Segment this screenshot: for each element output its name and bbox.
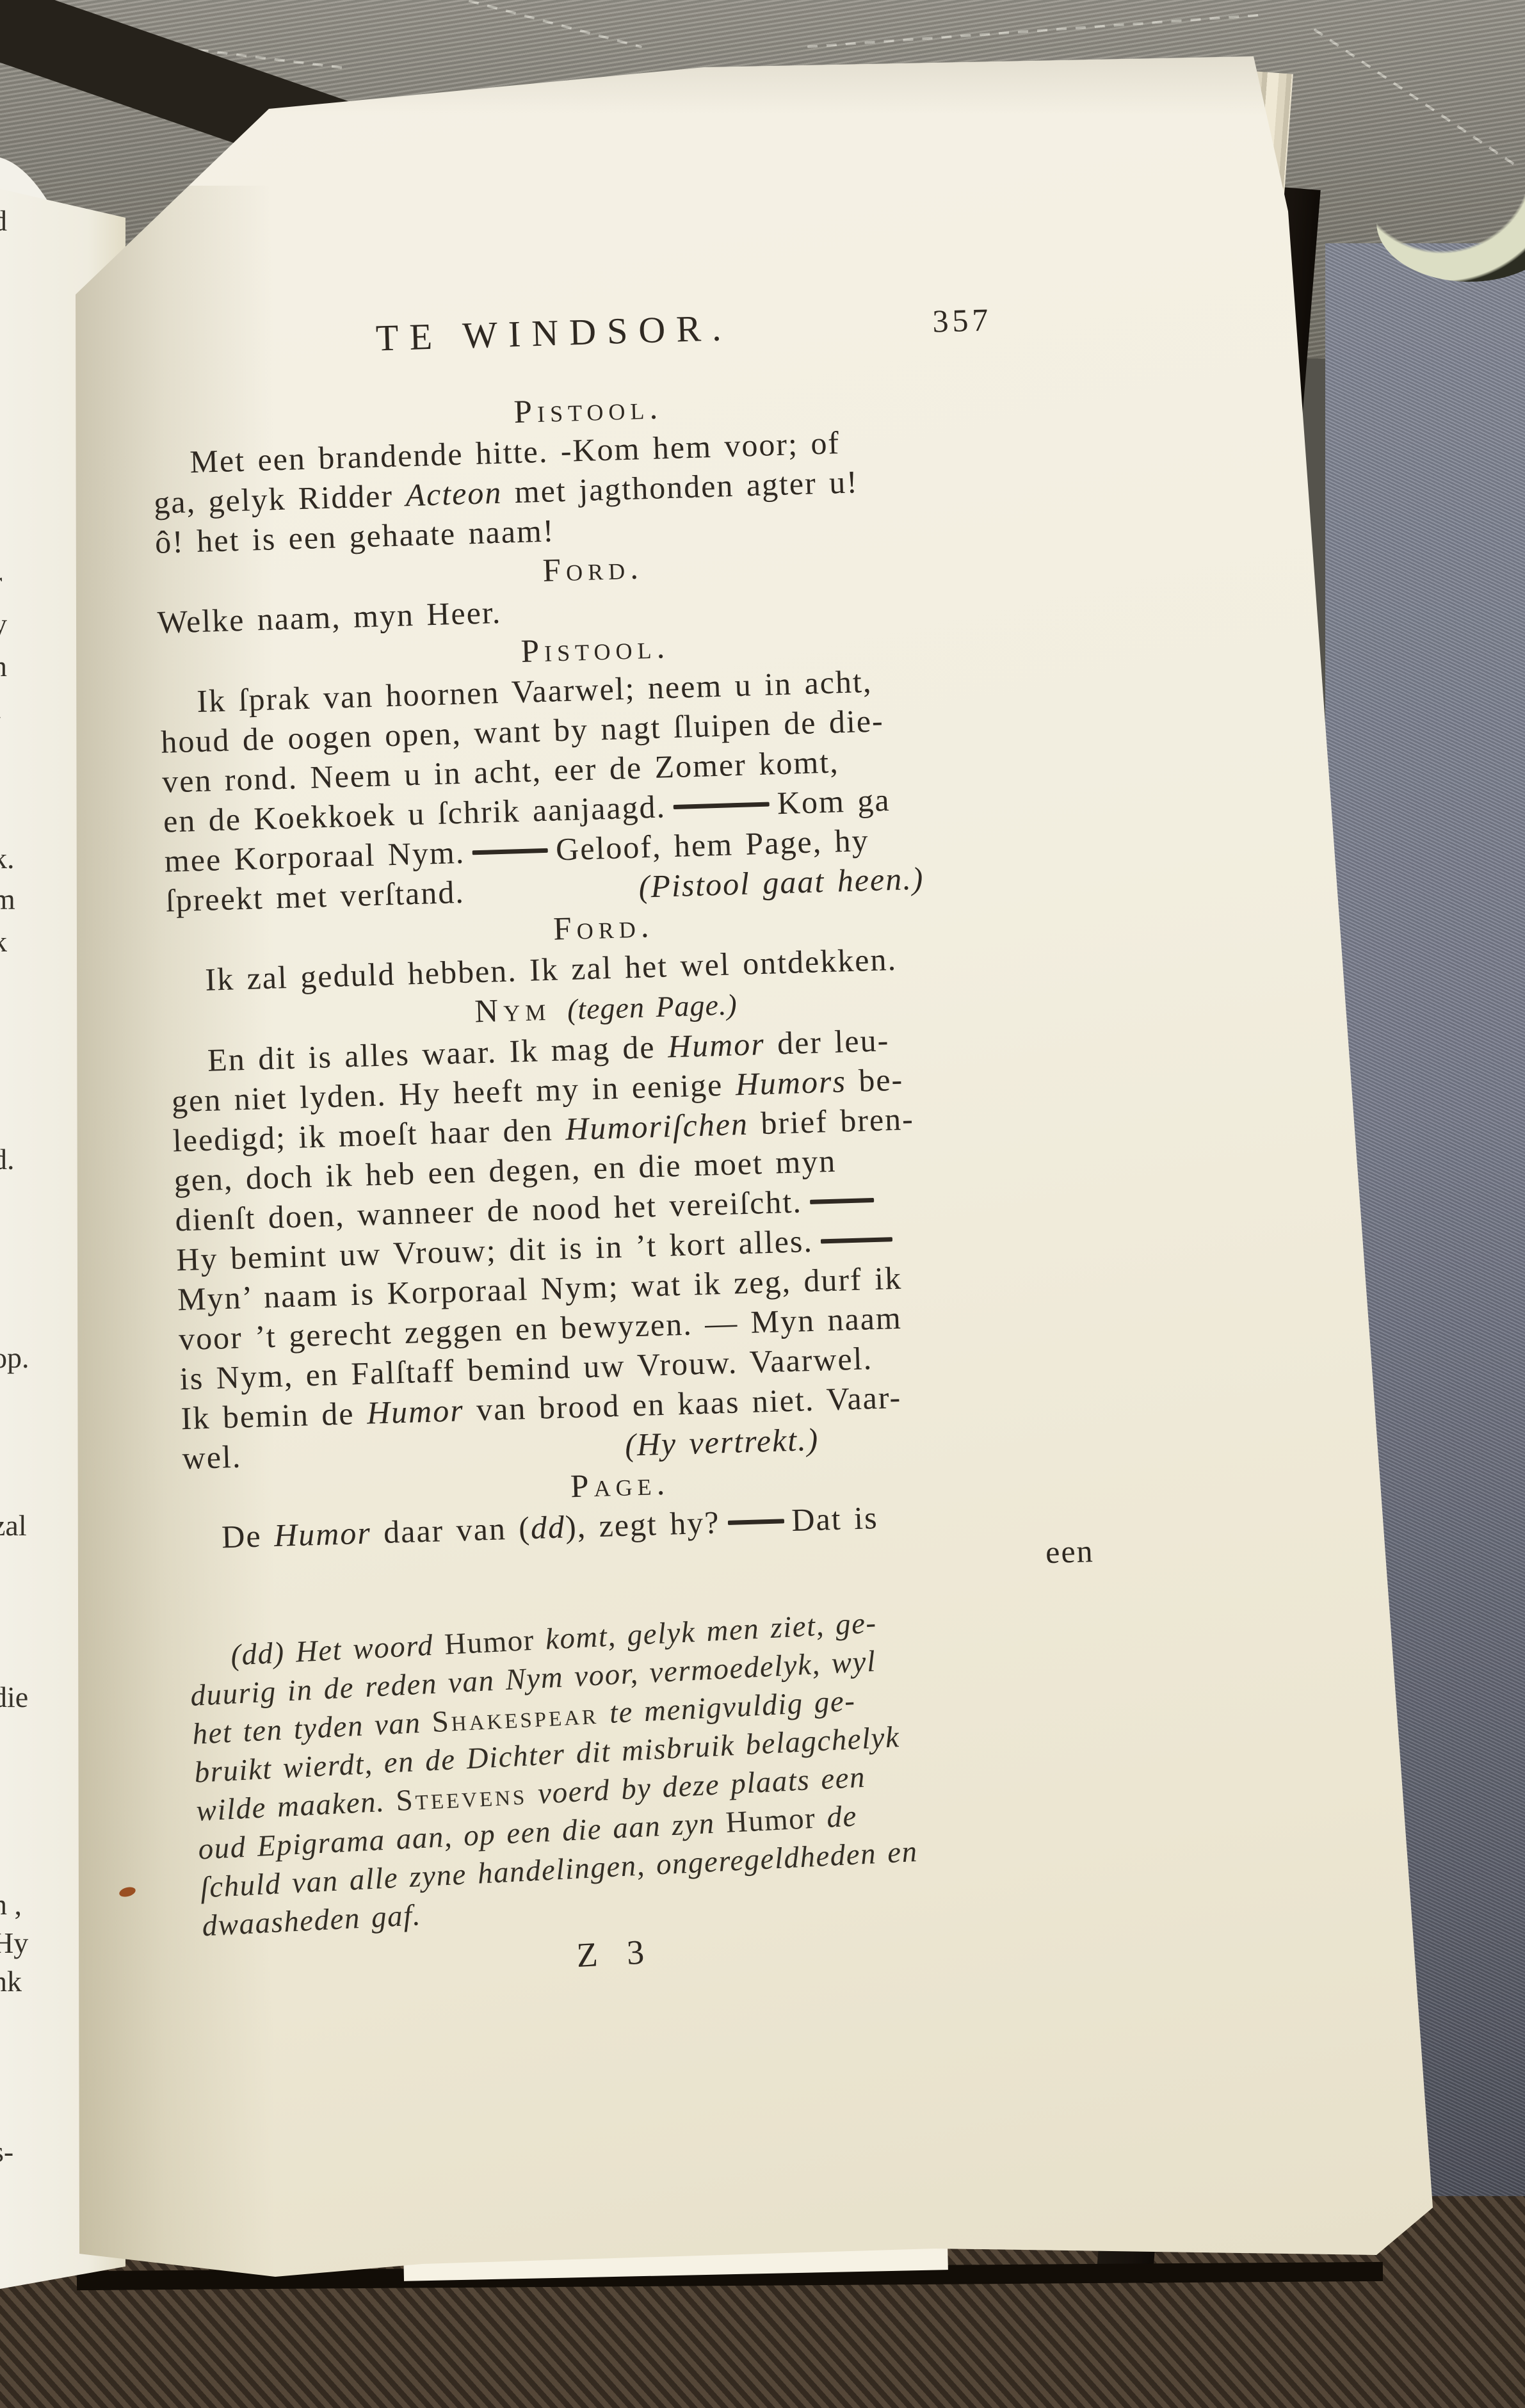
text-segment: Geloof, hem Page, hy	[555, 822, 869, 868]
facing-page-text-fragment: zal	[0, 1511, 27, 1540]
text-segment: Kom ga	[777, 782, 891, 821]
dialogue-text: Pistool.Met een brandende hitte. -Kom he…	[151, 375, 1105, 1597]
facing-page-text-fragment: m	[0, 885, 15, 914]
text-segment: Dat is	[791, 1499, 879, 1538]
facing-page-text-fragment: nk	[0, 1967, 22, 1996]
text-segment: een	[1045, 1533, 1094, 1570]
text-segment: Page.	[570, 1466, 670, 1505]
text-segment: Pistool.	[520, 629, 670, 670]
facing-page-text-fragment: d.	[0, 1145, 15, 1174]
text-segment: daar van (	[371, 1510, 531, 1550]
facing-page-text-fragment: k.	[0, 844, 15, 873]
text-segment: Humor	[273, 1515, 371, 1553]
facing-page-text-fragment: k	[0, 927, 7, 957]
facing-page-text-fragment: d	[0, 206, 7, 236]
text-segment: Ford.	[553, 909, 654, 948]
facing-page-text-fragment: op.	[0, 1343, 29, 1373]
text-segment: Humor	[444, 1624, 535, 1661]
text-segment: (Hy vertrekt.)	[624, 1419, 819, 1465]
text-segment: wel.	[182, 1436, 243, 1478]
facing-page-text-fragment: n ,	[0, 1890, 22, 1919]
fabric-stitch-line	[807, 13, 1268, 48]
text-segment: der leu-	[764, 1022, 890, 1062]
footnote-text: (dd) Het woord Humor komt, gelyk men zie…	[188, 1592, 1120, 1945]
text-segment: ), zegt hy?	[565, 1504, 720, 1544]
facing-page-text-fragment: s-	[0, 2137, 13, 2167]
text-segment: De	[221, 1517, 274, 1555]
text-segment: be-	[846, 1062, 904, 1099]
text-segment: Humoriſchen	[565, 1106, 748, 1147]
text-segment: Ford.	[542, 550, 644, 589]
page-text: TE WINDSOR. 357 Pistool.Met een brandend…	[149, 296, 1117, 1994]
text-segment: Humor	[366, 1392, 464, 1430]
text-segment: (tegen Page.)	[567, 988, 738, 1026]
text-segment: Welke naam, myn Heer.	[157, 594, 502, 640]
dash-rule	[821, 1237, 892, 1243]
text-segment: Nym	[474, 991, 568, 1030]
text-segment: brief bren-	[748, 1101, 914, 1142]
book-photo: dryntk.mkd.op.zaldien ,Hynks- TE WINDSOR…	[0, 0, 1525, 2408]
text-segment: Humor	[725, 1802, 816, 1839]
fabric-stitch-line	[1313, 28, 1516, 166]
dash-rule	[810, 1198, 874, 1204]
text-segment: Steevens	[395, 1778, 528, 1818]
text-segment: Ik bemin de	[181, 1395, 367, 1437]
text-segment: Humors	[735, 1063, 847, 1102]
text-segment: Shakespear	[431, 1697, 599, 1739]
dash-rule	[674, 802, 770, 809]
page-number: 357	[932, 301, 993, 340]
text-segment: Humor	[667, 1026, 765, 1064]
dash-rule	[472, 848, 548, 855]
fabric-stitch-line	[376, 0, 642, 49]
facing-page-text-fragment: die	[0, 1683, 28, 1712]
facing-page-text-fragment: n	[0, 652, 7, 681]
facing-page-text-fragment: r	[0, 567, 2, 597]
text-segment: de	[815, 1800, 858, 1835]
facing-page-text-fragment: Hy	[0, 1928, 28, 1958]
text-segment: (Pistool gaat heen.)	[638, 858, 924, 906]
text-segment: Pistool.	[513, 390, 663, 430]
facing-page-text-fragment: y	[0, 610, 7, 639]
text-segment: ga, gelyk Ridder	[153, 477, 406, 521]
dash-rule	[727, 1519, 784, 1525]
text-segment: mee Korporaal Nym.	[164, 834, 465, 879]
text-segment: dd	[530, 1509, 566, 1546]
text-segment: dwaasheden gaf.	[201, 1898, 422, 1943]
footnote-block: (dd) Het woord Humor komt, gelyk men zie…	[188, 1592, 1123, 1994]
text-segment: Acteon	[405, 474, 503, 513]
facing-page-text-fragment: t	[0, 694, 1, 723]
